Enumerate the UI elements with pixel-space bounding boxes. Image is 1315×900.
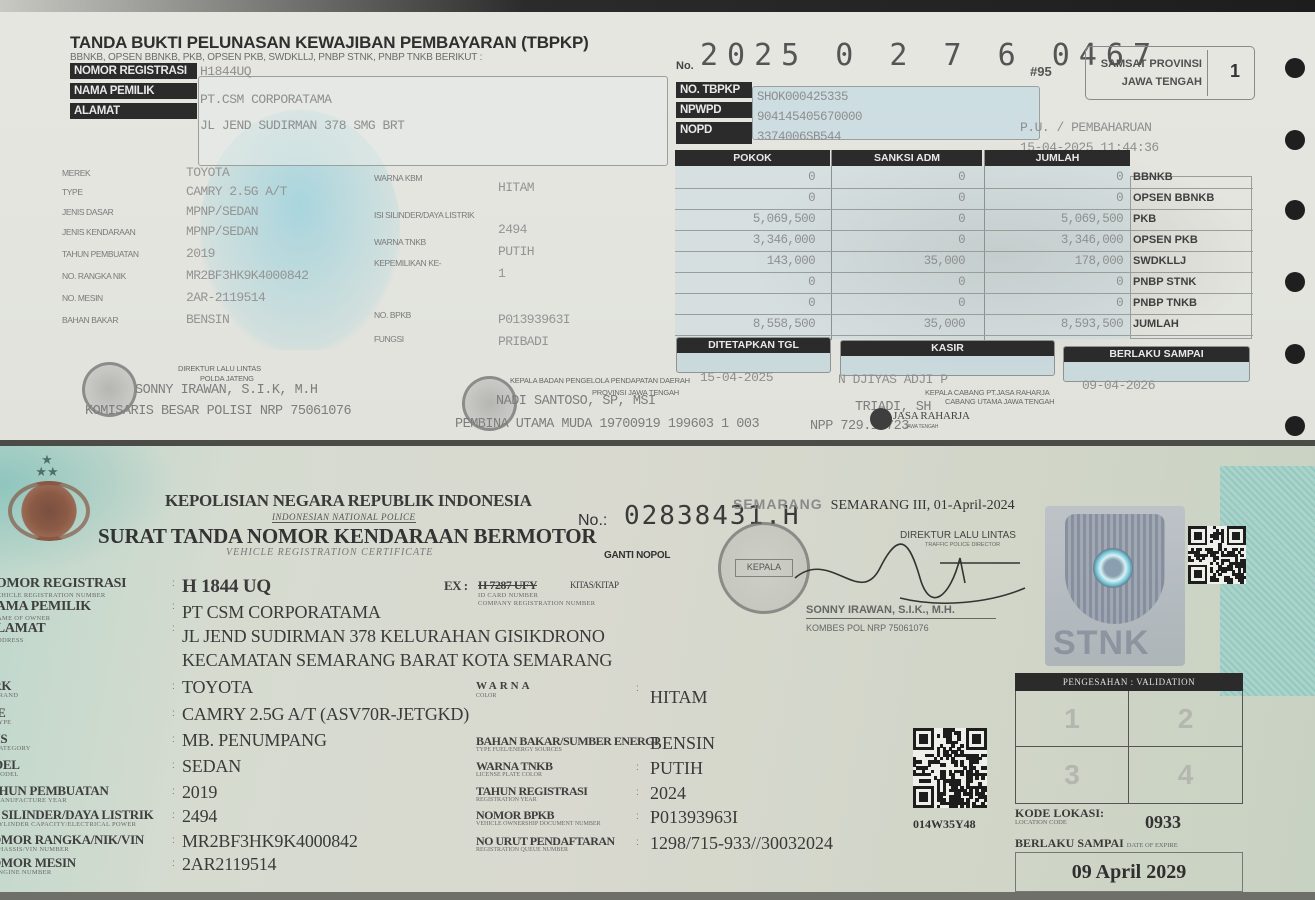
kasir-name: N DJIYAS ADJI P: [838, 372, 948, 387]
expiry-date: 09 April 2029: [1015, 852, 1243, 892]
qr-module: [928, 779, 931, 783]
sanksi-value: 0: [832, 275, 965, 289]
qr-module: [960, 773, 963, 777]
tbpkp-title: TANDA BUKTI PELUNASAN KEWAJIBAN PEMBAYAR…: [70, 33, 589, 53]
vehicle-field-label: ISI SILINDER/DAYA LISTRIK: [374, 210, 474, 220]
qr-module: [1229, 581, 1232, 584]
vehicle-field-label: TAHUN PEMBUATAN: [62, 249, 139, 259]
signer2-title: KEPALA BADAN PENGELOLA PENDAPATAN DAERAH: [510, 376, 690, 385]
label-nopd: NOPD: [676, 122, 752, 144]
vehicle-field-value: 2494: [182, 806, 217, 827]
sanksi-value: 0: [832, 296, 965, 310]
vehicle-field-value: 2024: [650, 783, 686, 804]
payment-item-label: OPSEN BBNKB: [1133, 192, 1214, 204]
qr-module: [1221, 540, 1224, 543]
signer1-name: SONNY IRAWAN, S.I.K, M.H: [135, 383, 317, 398]
footer-box-label: DITETAPKAN TGL: [677, 338, 830, 353]
vehicle-field-label: KEPEMILIKAN KE-: [374, 258, 441, 268]
vehicle-field-value: HITAM: [650, 687, 708, 708]
validation-cell-4: 4: [1129, 747, 1242, 803]
qr-module: [1240, 581, 1243, 584]
vehicle-field-value: MR2BF3HK9K4000842: [186, 268, 308, 283]
label-npwpd: NPWPD: [676, 102, 752, 118]
owner-address: JL JEND SUDIRMAN 378 SMG BRT: [200, 118, 404, 133]
signer2-rank: PEMBINA UTAMA MUDA 19700919 199603 1 003: [455, 417, 759, 432]
qr-code-text: 014W35Y48: [913, 817, 976, 832]
nopd-value: 3374006SB544: [757, 130, 841, 144]
pokok-value: 5,069,500: [675, 212, 815, 226]
jumlah-value: 0: [985, 296, 1123, 310]
qr-module: [984, 773, 987, 777]
label-alamat: ALAMAT: [70, 103, 197, 119]
qr-module: [928, 773, 931, 777]
qr-module: [981, 776, 984, 780]
vehicle-field-sub: CHASSIS/VIN NUMBER: [0, 846, 69, 853]
vehicle-field-value: CAMRY 2.5G A/T (ASV70R-JETGKD): [182, 704, 469, 725]
colon: :: [636, 683, 639, 694]
vehicle-field-sub: REGISTRATION QUEUE NUMBER: [476, 847, 568, 853]
qr-module: [1243, 570, 1246, 573]
qr-module: [919, 792, 928, 802]
vehicle-field-label: WARNA KBM: [374, 173, 422, 183]
place-ghost: SEMARANG: [733, 496, 823, 512]
payment-item-label: SWDKLLJ: [1133, 255, 1186, 267]
samsat-line2: JAWA TENGAH: [1101, 73, 1202, 91]
validation-cell-2: 2: [1129, 691, 1242, 747]
document-number-prefix: No.: [676, 60, 694, 72]
pokok-value: 8,558,500: [675, 317, 815, 331]
qr-module: [969, 779, 972, 783]
vehicle-field-value: PRIBADI: [498, 334, 548, 349]
validation-cell-3: 3: [1016, 747, 1129, 803]
kitas-sub2: COMPANY REGISTRATION NUMBER: [478, 600, 595, 607]
pokok-value: 0: [675, 191, 815, 205]
tbpkp-receipt: TANDA BUKTI PELUNASAN KEWAJIBAN PEMBAYAR…: [0, 0, 1315, 446]
colon: :: [636, 811, 639, 822]
qr-module: [937, 805, 940, 809]
payment-row: 143,00035,000178,000SWDKLLJ: [675, 252, 1253, 273]
stnk-address-1: JL JEND SUDIRMAN 378 KELURAHAN GISIKDRON…: [182, 626, 605, 647]
jasa-raharja-sub: JAWA TENGAH: [905, 424, 938, 430]
vehicle-field-label: FUNGSI: [374, 334, 404, 344]
jasa-raharja-logo-icon: [870, 408, 892, 430]
vehicle-field-sub: ENGINE NUMBER: [0, 869, 52, 876]
expiry-label: BERLAKU SAMPAI DATE OF EXPIRE: [1015, 836, 1178, 851]
perforation-holes: [1285, 58, 1311, 488]
qr-module: [984, 766, 987, 770]
vehicle-field-label: NO. MESIN: [62, 293, 103, 303]
vehicle-field-value: TOYOTA: [182, 677, 253, 698]
qr-module: [1240, 548, 1243, 551]
colon: :: [172, 708, 175, 719]
stnk-owner-name: PT CSM CORPORATAMA: [182, 602, 381, 623]
vehicle-field-value: P01393963I: [650, 807, 738, 828]
qr-module: [960, 805, 963, 809]
vehicle-field-label: BAHAN BAKAR: [62, 315, 118, 325]
stnk-address-2: KECAMATAN SEMARANG BARAT KOTA SEMARANG: [182, 650, 612, 671]
pokok-value: 143,000: [675, 254, 815, 268]
hole-icon: [1285, 200, 1305, 220]
stnk-header-2: SURAT TANDA NOMOR KENDARAAN BERMOTOR: [98, 524, 596, 549]
qr-module: [960, 744, 963, 748]
qr-module: [1194, 532, 1202, 540]
samsat-copy-number: 1: [1230, 61, 1240, 82]
document-number-suffix: #95: [1030, 64, 1052, 79]
owner-registration: H1844UQ: [200, 64, 251, 79]
hole-icon: [1285, 344, 1305, 364]
samsat-box: SAMSAT PROVINSI JAWA TENGAH 1: [1085, 46, 1255, 100]
qr-module: [951, 744, 954, 748]
ditetapkan-date: 15-04-2025: [700, 370, 773, 385]
qr-module: [957, 738, 960, 742]
qr-module: [1216, 578, 1219, 581]
berlaku-sampai-date: 09-04-2026: [1082, 378, 1155, 393]
no-tbpkp-value: SHOK000425335: [757, 90, 848, 104]
qr-module: [972, 734, 981, 744]
qr-module: [928, 763, 931, 767]
vehicle-field-sub: VEHICLE OWNERSHIP DOCUMENT NUMBER: [476, 821, 601, 827]
vehicle-field-sub: TYPE FUEL/ENERGY SOURCES: [476, 747, 562, 753]
header-jumlah: JUMLAH: [985, 150, 1130, 166]
sanksi-value: 35,000: [832, 317, 965, 331]
colon: :: [172, 786, 175, 797]
npwpd-value: 904145405670000: [757, 110, 862, 124]
vehicle-field-label: MEREK: [62, 168, 90, 178]
qr-module: [931, 770, 934, 774]
colon: :: [172, 734, 175, 745]
kitas-label: KITAS/KITAP: [570, 580, 619, 590]
qr-module: [946, 757, 949, 761]
signer2-name: NADI SANTOSO, SP, MSI: [496, 394, 656, 409]
qr-module: [984, 754, 987, 758]
pokok-value: 0: [675, 275, 815, 289]
stnk-certificate: ★★★ KEPOLISIAN NEGARA REPUBLIK INDONESIA…: [0, 446, 1315, 900]
qr-module: [975, 760, 978, 764]
qr-module: [975, 798, 978, 802]
qr-module: [1221, 562, 1224, 565]
vehicle-field-value: 1298/715-933//30032024: [650, 833, 833, 854]
colon: :: [172, 835, 175, 846]
payment-item-label: PNBP STNK: [1133, 276, 1196, 288]
label-no-tbpkp: NO. TBPKP: [676, 82, 752, 98]
footer-box-ditetapkan: DITETAPKAN TGL: [676, 337, 831, 373]
qr-module: [1194, 570, 1202, 578]
signer3-subtitle: CABANG UTAMA JAWA TENGAH: [945, 397, 1054, 406]
payment-item-label: PKB: [1133, 213, 1156, 225]
signer1-title: DIREKTUR LALU LINTAS: [178, 364, 261, 373]
qr-module: [943, 792, 946, 796]
colon: :: [172, 858, 175, 869]
pokok-value: 0: [675, 170, 815, 184]
location-code-sub: LOCATION CODE: [1015, 819, 1067, 826]
vehicle-field-label: TYPE: [62, 187, 83, 197]
colon: :: [172, 601, 175, 612]
qr-module: [984, 789, 987, 793]
jumlah-value: 0: [985, 275, 1123, 289]
vehicle-field-value: BENSIN: [650, 733, 715, 754]
police-emblem-icon: [8, 481, 90, 541]
vehicle-field-value: P01393963I: [498, 312, 570, 327]
payment-item-label: OPSEN PKB: [1133, 234, 1198, 246]
qr-module: [975, 776, 978, 780]
footer-box-label: BERLAKU SAMPAI: [1064, 347, 1249, 362]
validation-cell-1: 1: [1016, 691, 1129, 747]
qr-module: [1224, 570, 1227, 573]
jumlah-value: 0: [985, 191, 1123, 205]
signer1-rank: KOMISARIS BESAR POLISI NRP 75061076: [85, 404, 351, 419]
signer3-title: KEPALA CABANG PT.JASA RAHARJA: [925, 388, 1050, 397]
qr-module: [940, 757, 943, 761]
vehicle-field-value: SEDAN: [182, 756, 241, 777]
stnk-header-1: KEPOLISIAN NEGARA REPUBLIK INDONESIA: [165, 491, 532, 511]
vehicle-field-sub: COLOR: [476, 693, 496, 699]
qr-module: [954, 805, 957, 809]
vehicle-field-label: NO. RANGKA NIK: [62, 271, 126, 281]
validation-header: PENGESAHAN : VALIDATION: [1015, 673, 1243, 691]
header-sanksi-adm: SANKSI ADM: [832, 150, 982, 166]
colon: :: [172, 760, 175, 771]
vehicle-field-value: 1: [498, 266, 505, 281]
vehicle-field-value: PUTIH: [498, 244, 534, 259]
qr-module: [919, 760, 922, 764]
vehicle-field-value: BENSIN: [186, 312, 229, 327]
director-name: SONNY IRAWAN, S.I.K., M.H.: [806, 604, 955, 616]
stnk-header-2-sub: VEHICLE REGISTRATION CERTIFICATE: [226, 547, 433, 558]
vehicle-field-label: WARNA TNKB: [374, 237, 426, 247]
hole-icon: [1285, 272, 1305, 292]
sanksi-value: 0: [832, 233, 965, 247]
vehicle-field-label: NO. BPKB: [374, 310, 411, 320]
qr-module: [1216, 537, 1219, 540]
colon: :: [636, 837, 639, 848]
payment-row: 000PNBP TNKB: [675, 294, 1253, 315]
pokok-value: 3,346,000: [675, 233, 815, 247]
vehicle-field-value: MPNP/SEDAN: [186, 204, 258, 219]
qr-module: [966, 805, 969, 809]
ex-value: H 7287 UFY: [478, 578, 537, 593]
vehicle-field-value: 2AR2119514: [182, 854, 276, 875]
samsat-line1: SAMSAT PROVINSI: [1101, 55, 1202, 73]
owner-field-label: NAMA PEMILIK: [0, 599, 91, 615]
transaction-type: P.U. / PEMBAHARUAN: [1020, 120, 1151, 135]
sanksi-value: 0: [832, 170, 965, 184]
vehicle-field-label: JENIS KENDARAAN: [62, 227, 135, 237]
jasa-raharja-name: JASA RAHARJA: [893, 410, 970, 422]
tbpkp-subtitle: BBNKB, OPSEN BBNKB, PKB, OPSEN PKB, SWDK…: [70, 52, 482, 63]
qr-module: [1218, 573, 1221, 576]
stars-icon: ★★★: [35, 454, 59, 478]
colon: :: [636, 737, 639, 748]
samsat-divider: [1207, 50, 1208, 96]
vehicle-field-label: WARNA: [476, 680, 533, 692]
label-nama-pemilik: NAMA PEMILIK: [70, 83, 197, 99]
jumlah-value: 3,346,000: [985, 233, 1123, 247]
place-date: SEMARANGSEMARANG III, 01-April-2024: [733, 496, 1015, 514]
qr-module: [1240, 554, 1243, 557]
colon: :: [172, 810, 175, 821]
sanksi-value: 0: [832, 212, 965, 226]
payment-row: 8,558,50035,0008,593,500JUMLAH: [675, 315, 1253, 336]
footer-box-label: KASIR: [841, 341, 1054, 356]
qr-module: [978, 757, 981, 761]
header-pokok: POKOK: [675, 150, 830, 166]
qr-module: [984, 805, 987, 809]
vehicle-field-value: 2019: [186, 246, 215, 261]
hole-icon: [1285, 58, 1305, 78]
vehicle-field-sub: CATEGORY: [0, 745, 31, 752]
qr-module: [1216, 551, 1219, 554]
qr-module: [969, 795, 972, 799]
colon: :: [172, 578, 175, 589]
payment-row: 5,069,50005,069,500PKB: [675, 210, 1253, 231]
colon: :: [172, 681, 175, 692]
qr-module: [943, 763, 946, 767]
owner-field-sub: VEHICLE REGISTRATION NUMBER: [0, 592, 106, 599]
qr-module: [1191, 559, 1194, 562]
vehicle-field-sub: MANUFACTURE YEAR: [0, 797, 67, 804]
qr-module: [1210, 562, 1213, 565]
payment-item-label: BBNKB: [1133, 171, 1173, 183]
vehicle-field-value: TOYOTA: [186, 165, 229, 180]
vehicle-field-sub: CYLINDER CAPACITY/ELECTRICAL POWER: [0, 821, 136, 828]
qr-code-icon: [913, 728, 987, 808]
vehicle-field-value: 2AR-2119514: [186, 290, 265, 305]
pokok-value: 0: [675, 296, 815, 310]
stamp-text: KEPALA: [735, 559, 793, 577]
owner-field-sub: ADDRESS: [0, 637, 24, 644]
footer-box-berlaku: BERLAKU SAMPAI: [1063, 346, 1250, 382]
hole-icon: [1285, 130, 1305, 150]
stnk-number-prefix: No.:: [578, 512, 607, 530]
vehicle-field-value: MR2BF3HK9K4000842: [182, 831, 358, 852]
place-date-value: SEMARANG III, 01-April-2024: [831, 498, 1015, 513]
qr-module: [1243, 576, 1246, 579]
vehicle-field-label: JENIS DASAR: [62, 207, 113, 217]
qr-module: [919, 734, 928, 744]
footer-box-kasir: KASIR: [840, 340, 1055, 376]
vehicle-field-value: MPNP/SEDAN: [186, 224, 258, 239]
stnk-registration: H 1844 UQ: [182, 576, 271, 598]
hole-icon: [1285, 416, 1305, 436]
qr-code-icon: [1188, 526, 1246, 584]
owner-field-label: ALAMAT: [0, 621, 45, 637]
payment-row: 3,346,00003,346,000OPSEN PKB: [675, 231, 1253, 252]
qr-module: [1210, 540, 1213, 543]
jumlah-value: 5,069,500: [985, 212, 1123, 226]
owner-name: PT.CSM CORPORATAMA: [200, 92, 331, 107]
sanksi-value: 35,000: [832, 254, 965, 268]
stnk-note: GANTI NOPOL: [604, 550, 670, 561]
qr-module: [1199, 559, 1202, 562]
sanksi-value: 0: [832, 191, 965, 205]
signer1-subtitle: POLDA JATENG: [200, 374, 254, 383]
payment-row: 000BBNKB: [675, 168, 1253, 189]
payment-item-label: JUMLAH: [1133, 318, 1179, 330]
qr-module: [1205, 554, 1208, 557]
vehicle-field-sub: REGISTRATION YEAR: [476, 797, 537, 803]
qr-module: [954, 763, 957, 767]
vehicle-field-sub: BRAND: [0, 692, 18, 699]
location-code-value: 0933: [1145, 812, 1181, 833]
label-nomor-registrasi: NOMOR REGISTRASI: [70, 63, 197, 79]
stnk-header-1-sub: INDONESIAN NATIONAL POLICE: [272, 512, 416, 523]
jumlah-value: 8,593,500: [985, 317, 1123, 331]
vehicle-field-value: HITAM: [498, 180, 534, 195]
vehicle-field-value: 2494: [498, 222, 527, 237]
payment-row: 000PNBP STNK: [675, 273, 1253, 294]
vehicle-field-value: PUTIH: [650, 758, 703, 779]
qr-module: [984, 798, 987, 802]
vehicle-field-value: MB. PENUMPANG: [182, 730, 327, 751]
vehicle-field-value: 2019: [182, 782, 217, 803]
qr-module: [937, 734, 940, 738]
vehicle-field-value: CAMRY 2.5G A/T: [186, 184, 287, 199]
colon: :: [636, 787, 639, 798]
hologram-text: STNK: [1053, 624, 1150, 663]
colon: :: [636, 762, 639, 773]
qr-module: [925, 766, 928, 770]
jumlah-value: 178,000: [985, 254, 1123, 268]
vehicle-field-sub: LICENSE PLATE COLOR: [476, 772, 542, 778]
payment-item-label: PNBP TNKB: [1133, 297, 1197, 309]
colon: :: [172, 623, 175, 634]
qr-module: [954, 741, 957, 745]
qr-module: [1216, 556, 1219, 559]
validation-table: PENGESAHAN : VALIDATION 1 2 3 4: [1015, 673, 1243, 804]
jumlah-value: 0: [985, 170, 1123, 184]
payment-row: 000OPSEN BBNKB: [675, 189, 1253, 210]
director-rank: KOMBES POL NRP 75061076: [806, 623, 929, 633]
ex-label: EX :: [444, 578, 468, 594]
qr-module: [1199, 548, 1202, 551]
vehicle-field-sub: TYPE: [0, 719, 11, 726]
owner-field-label: NOMOR REGISTRASI: [0, 576, 126, 592]
hologram: STNK: [1045, 506, 1185, 666]
kitas-sub1: ID CARD NUMBER: [478, 592, 538, 599]
qr-module: [1232, 532, 1240, 540]
vehicle-field-sub: MODEL: [0, 771, 19, 778]
